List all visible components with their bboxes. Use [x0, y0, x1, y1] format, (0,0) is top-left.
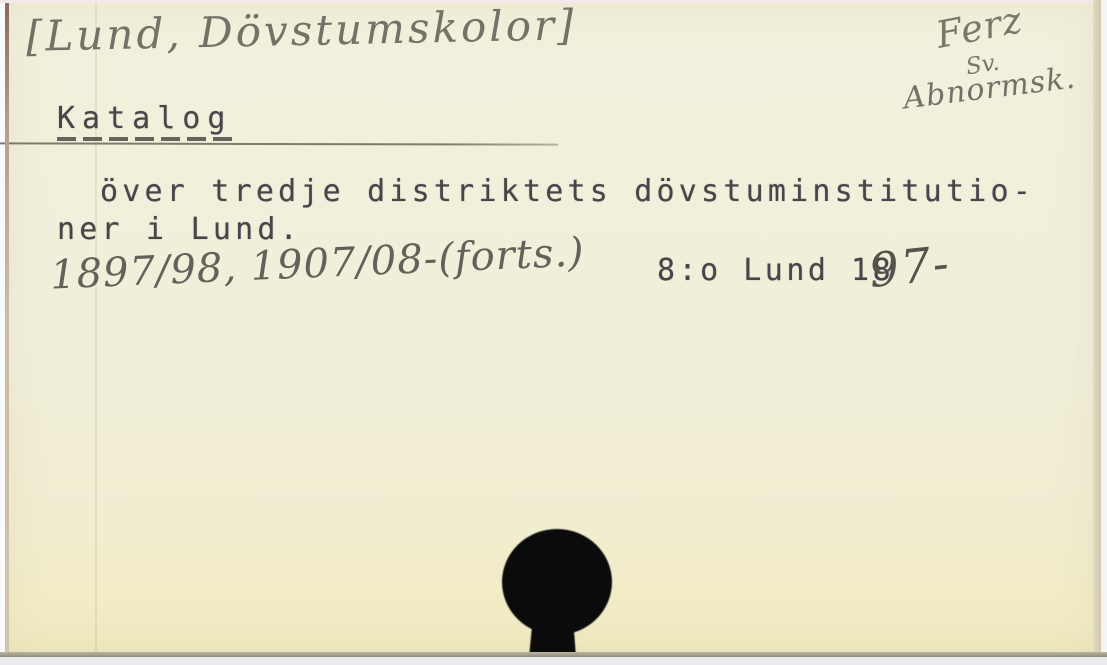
- scan-edge-right: [1101, 0, 1107, 665]
- scanned-catalog-card: [Lund, Dövstumskolor] Ferz Sv. Abnormsk.…: [0, 0, 1107, 665]
- scan-edge-right-shadow: [1093, 0, 1101, 665]
- scan-edge-left: [5, 0, 9, 665]
- imprint-handwritten-year: 97-: [866, 236, 953, 299]
- imprint-typed: 8:o Lund 18: [657, 253, 894, 288]
- scan-edge-top: [0, 0, 1107, 3]
- body-line-2: ner i Lund.: [57, 212, 302, 247]
- body-line-1: över tredje distriktets dövstuminstituti…: [100, 174, 1035, 209]
- card-title: Katalog: [57, 101, 232, 136]
- scan-edge-bottom: [0, 657, 1107, 665]
- title-underline: [57, 137, 233, 141]
